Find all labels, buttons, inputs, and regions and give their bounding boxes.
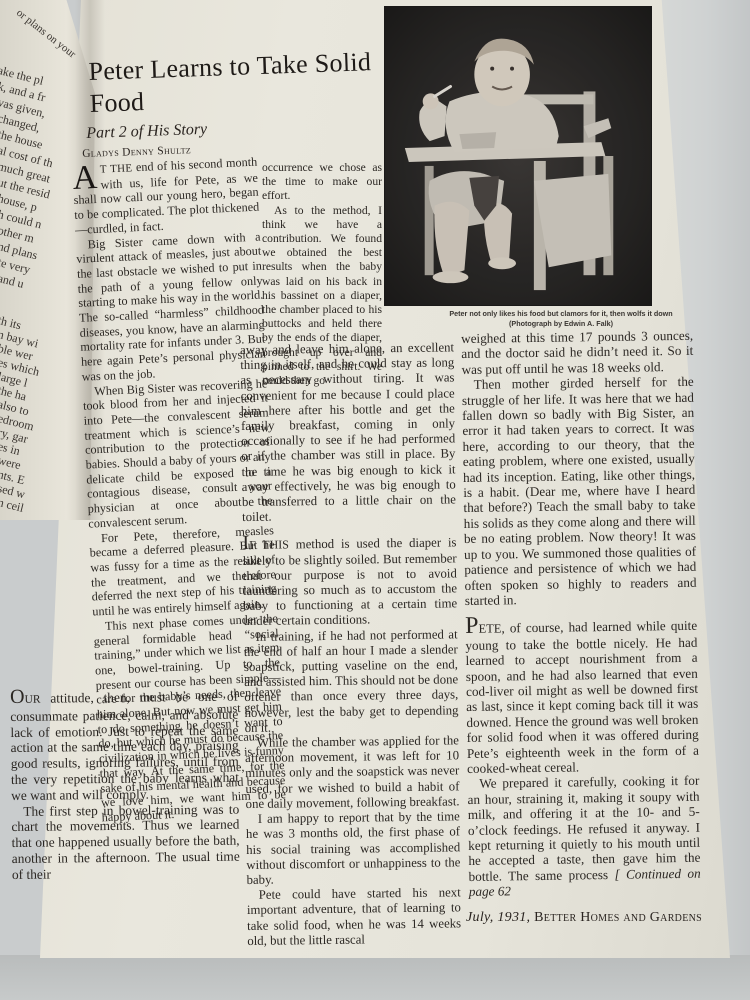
drop-cap: A [72, 164, 98, 193]
column-2: away and leave him alone, an excellent t… [240, 340, 461, 948]
photo-baby-in-high-chair [384, 6, 652, 306]
paragraph: weighed at this time 17 pounds 3 ounces,… [461, 328, 694, 377]
paragraph: While the chamber was applied for the af… [245, 733, 460, 812]
column-1-section-2: OUR attitude, then, must be one of consu… [10, 688, 240, 883]
paragraph: I am happy to report that by the time he… [246, 809, 461, 888]
left-page-text: or plans on your [13, 6, 79, 62]
background-table-edge [0, 955, 750, 1000]
baby-photo-illustration [385, 7, 651, 305]
paragraph: Big Sister came down with a virulent att… [75, 229, 266, 384]
photo-caption: Peter not only likes his food but clamor… [446, 309, 676, 328]
paragraph: occurrence we chose as the time to make … [262, 161, 382, 204]
section-initial: P [465, 613, 479, 639]
paragraph: AT THE end of his second month with us, … [72, 155, 260, 238]
issue-date: July, 1931, [466, 910, 530, 925]
paragraph: In training, if he had not performed at … [244, 627, 459, 736]
paragraph: Pete could have started his next importa… [247, 885, 462, 948]
paragraph: We prepared it carefully, cooking it for… [467, 773, 701, 899]
magazine-name: Better Homes and Gardens [534, 910, 702, 925]
paragraph: away and leave him alone, an excellent t… [240, 340, 456, 525]
paragraph: The first step in bowel-training was to … [11, 801, 240, 882]
paragraph: PETE, of course, had learned while quite… [465, 616, 699, 776]
article-title: Peter Learns to Take Solid Food [88, 46, 390, 120]
paragraph: IF THIS method is used the diaper is lik… [242, 534, 457, 630]
paragraph: OUR attitude, then, must be one of consu… [10, 688, 239, 804]
section-initial: O [10, 686, 25, 708]
paragraph: Then mother girded herself for the strug… [462, 374, 697, 608]
page-footer: July, 1931, Better Homes and Gardens [466, 910, 702, 926]
column-3: weighed at this time 17 pounds 3 ounces,… [461, 328, 701, 900]
